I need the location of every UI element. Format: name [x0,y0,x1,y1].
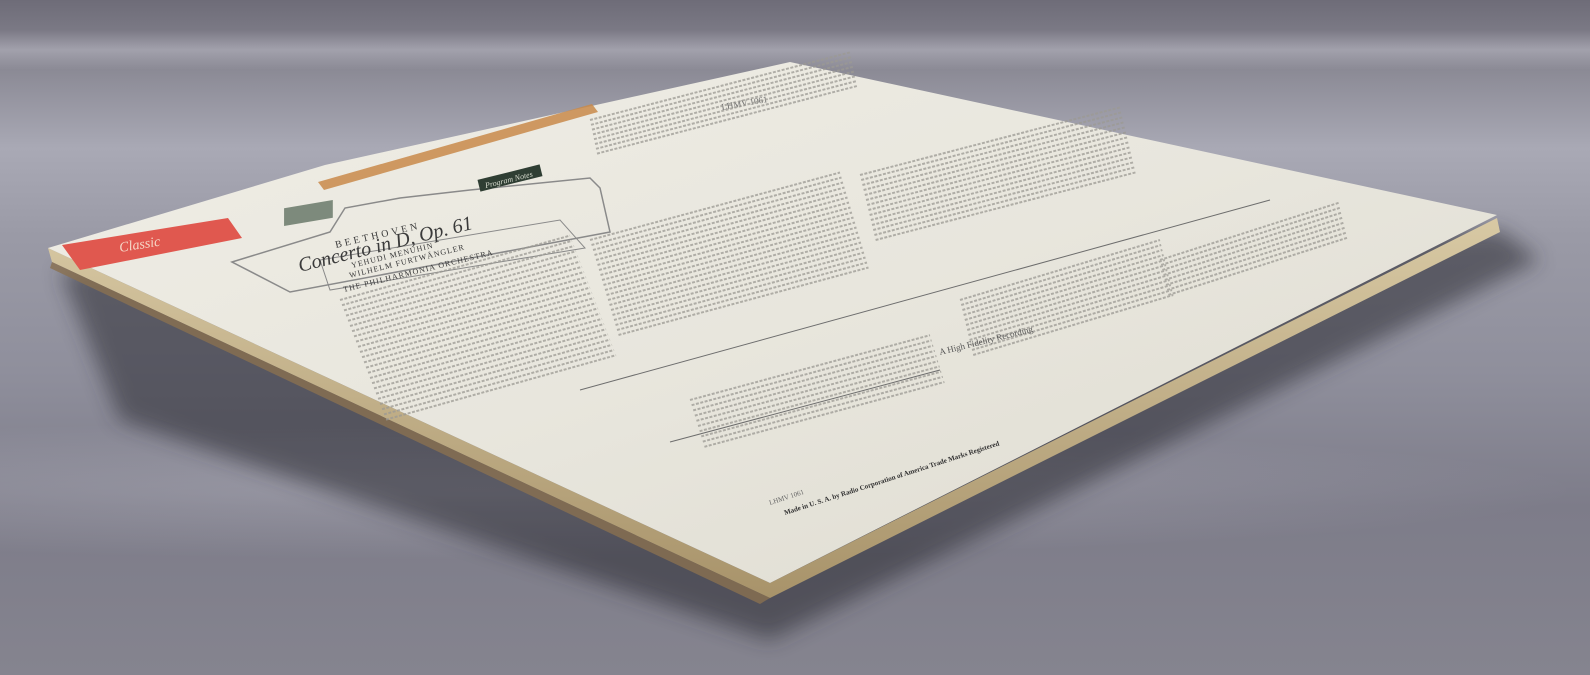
album-scene: Classic Program Notes BEETHOVEN Concerto… [0,0,1590,675]
